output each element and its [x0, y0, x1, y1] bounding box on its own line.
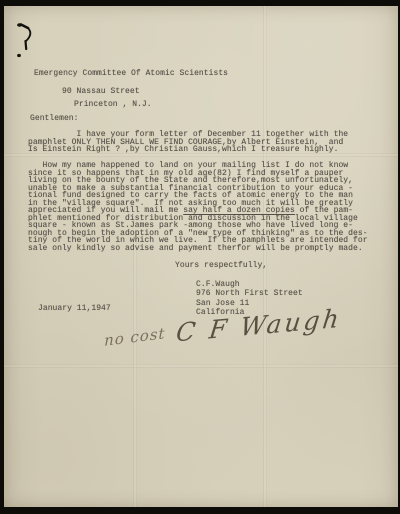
paragraph-2: How my name happened to land on your mai…: [28, 162, 368, 252]
salutation: Gentlemen:: [30, 115, 79, 123]
sender-city: San Jose 11: [196, 299, 303, 308]
closing: Yours respectfully,: [175, 262, 267, 270]
letter-page: Emergency Committee Of Atomic Scientists…: [4, 6, 398, 507]
body-line: Is Einstein Right ? ,by Christian Gauss,…: [28, 146, 348, 154]
paragraph-1: I have your form letter of December 11 t…: [28, 131, 348, 154]
recipient-street: 90 Nassau Street: [62, 88, 140, 96]
fold-crease-horizontal-lower: [4, 364, 398, 368]
fold-crease-vertical-right: [263, 6, 267, 507]
ink-smudge-mark: [13, 18, 39, 64]
fold-crease-vertical-left: [133, 236, 137, 507]
body-line: sale only kindly so advise and payment t…: [28, 245, 368, 253]
recipient-name: Emergency Committee Of Atomic Scientists: [34, 70, 228, 78]
recipient-city: Princeton , N.J.: [74, 101, 152, 109]
handwritten-note: no cost: [104, 324, 165, 350]
sender-name: C.F.Waugh: [196, 280, 303, 289]
sender-street: 976 North First Street: [196, 289, 303, 298]
letter-date: January 11,1947: [38, 305, 111, 313]
